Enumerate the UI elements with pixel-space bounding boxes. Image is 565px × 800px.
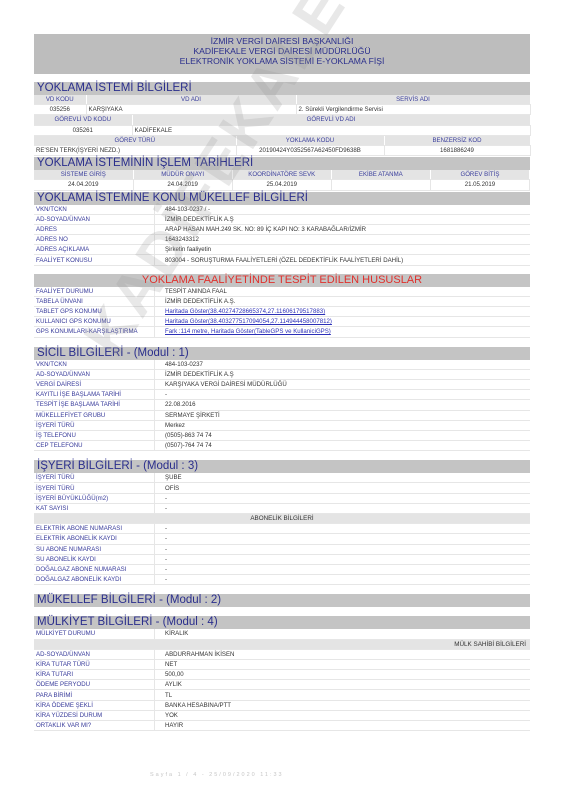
table-row: İŞYERİ TÜRÜMerkez xyxy=(34,420,530,430)
header-line-2: KADİFEKALE VERGİ DAİRESİ MÜDÜRLÜĞÜ xyxy=(34,46,530,56)
section-title-sicil: SİCİL BİLGİLERİ - (Modul : 1) xyxy=(34,347,530,360)
row-value: - xyxy=(155,554,531,564)
table-row: VKN/TCKN484-103-0237 / - xyxy=(34,205,530,215)
row-value: İZMİR DEDEKTİFLİK A.Ş xyxy=(155,214,531,224)
row-label: İŞYERİ TÜRÜ xyxy=(34,473,155,483)
row-value: Şirketin faaliyetin xyxy=(155,245,531,255)
page-footer: Sayfa 1 / 4 - 25/09/2020 11:33 xyxy=(150,772,284,778)
mulk-sahibi-title: MÜLK SAHİBİ BİLGİLERİ xyxy=(34,640,530,650)
map-link[interactable]: Fark :114 metre, Haritada Göster(TableGP… xyxy=(165,328,331,335)
row-label: ORTAKLIK VAR MI? xyxy=(34,721,155,731)
table-row: KİRA TUTARI500,00 xyxy=(34,670,530,680)
row-label: KİRA TUTARI xyxy=(34,670,155,680)
row-label: İŞ TELEFONU xyxy=(34,430,155,440)
table-row: MÜKELLEFİYET GRUBUSERMAYE ŞİRKETİ xyxy=(34,410,530,420)
row-value: - xyxy=(155,564,531,574)
mulkiyet-durum-table: MÜLKİYET DURUMU KİRALIK xyxy=(34,629,530,639)
row-label: ELEKTRİK ABONE NUMARASI xyxy=(34,524,155,534)
tespit-table: FAALİYET DURUMUTESPİT ANINDA FAALTABELA … xyxy=(34,287,530,338)
table-row: VKN/TCKN484-103-0237 xyxy=(34,360,530,370)
row-label: İŞYERİ BÜYÜKLÜĞÜ(m2) xyxy=(34,493,155,503)
date-value: 24.04.2019 xyxy=(133,180,232,190)
mulk-sahibi-subheader: MÜLK SAHİBİ BİLGİLERİ xyxy=(34,640,530,650)
table-row: SU ABONE NUMARASI- xyxy=(34,544,530,554)
row-value: 500,00 xyxy=(155,670,531,680)
row-label: DOĞALGAZ ABONE NUMARASI xyxy=(34,564,155,574)
row-value: ABDURRAHMAN İKİSEN xyxy=(155,650,531,660)
row-value: Merkez xyxy=(155,420,531,430)
row-label: İŞYERİ TÜRÜ xyxy=(34,420,155,430)
abonelik-table: ELEKTRİK ABONE NUMARASI-ELEKTRİK ABONELİ… xyxy=(34,524,530,585)
row-value: BANKA HESABINA/PTT xyxy=(155,700,531,710)
row-value: KİRALIK xyxy=(155,629,531,639)
table-row: TABLET GPS KONUMUHaritada Göster(38.4027… xyxy=(34,307,530,317)
row-label: GPS KONUMLARI-KARŞILAŞTIRMA xyxy=(34,327,155,337)
row-value: - xyxy=(155,493,531,503)
table-row: AD-SOYAD/ÜNVANABDURRAHMAN İKİSEN xyxy=(34,650,530,660)
vd-kodu: 035256 xyxy=(34,105,86,115)
row-value: - xyxy=(155,544,531,554)
table-row: ELEKTRİK ABONELİK KAYDI- xyxy=(34,534,530,544)
table-row: AD-SOYAD/ÜNVANİZMİR DEDEKTİFLİK A.Ş xyxy=(34,214,530,224)
document-header: İZMİR VERGİ DAİRESİ BAŞKANLIĞI KADİFEKAL… xyxy=(34,34,530,74)
row-value: NET xyxy=(155,659,531,669)
row-value: Fark :114 metre, Haritada Göster(TableGP… xyxy=(155,327,531,337)
table-row: AD-SOYAD/ÜNVANİZMİR DEDEKTİFLİK A.Ş xyxy=(34,369,530,379)
map-link[interactable]: Haritada Göster(38.403277517094054,27.11… xyxy=(165,318,332,325)
tarihler-table: SİSTEME GİRİŞMÜDÜR ONAYIKOORDİNATÖRE SEV… xyxy=(34,170,530,190)
col-gorev-turu: GÖREV TÜRÜ xyxy=(34,136,236,146)
document-page: İZMİR VERGİ DAİRESİ BAŞKANLIĞI KADİFEKAL… xyxy=(34,0,530,731)
row-value: İZMİR DEDEKTİFLİK A.Ş. xyxy=(155,296,531,306)
row-value: - xyxy=(155,390,531,400)
row-label: AD-SOYAD/ÜNVAN xyxy=(34,214,155,224)
row-value: 484-103-0237 / - xyxy=(155,205,531,215)
row-value: AYLIK xyxy=(155,680,531,690)
row-value: (0507)-764 74 74 xyxy=(155,441,531,451)
row-value: Haritada Göster(38.403277517094054,27.11… xyxy=(155,317,531,327)
table-row: CEP TELEFONU(0507)-764 74 74 xyxy=(34,441,530,451)
row-label: ADRES NO xyxy=(34,235,155,245)
date-value: 24.04.2019 xyxy=(34,180,133,190)
section-title-isyeri: İŞYERİ BİLGİLERİ - (Modul : 3) xyxy=(34,460,530,473)
col-header: EKİBE ATANMA xyxy=(331,170,430,180)
table-row: TABELA ÜNVANIİZMİR DEDEKTİFLİK A.Ş. xyxy=(34,296,530,306)
table-row: KAT SAYISI- xyxy=(34,503,530,513)
section-title-tespit: YOKLAMA FAALİYETİNDE TESPİT EDİLEN HUSUS… xyxy=(34,274,530,287)
table-row: KİRA ÖDEME ŞEKLİBANKA HESABINA/PTT xyxy=(34,700,530,710)
gorev-table: GÖREV TÜRÜ YOKLAMA KODU BENZERSİZ KOD RE… xyxy=(34,136,531,156)
row-value: OFİS xyxy=(155,483,531,493)
table-row: GPS KONUMLARI-KARŞILAŞTIRMAFark :114 met… xyxy=(34,327,530,337)
row-label: KAT SAYISI xyxy=(34,503,155,513)
table-row: KAYITLI İŞE BAŞLAMA TARİHİ- xyxy=(34,390,530,400)
date-value xyxy=(331,180,430,190)
gorevli-vd-adi: KADİFEKALE xyxy=(132,125,530,135)
col-header: GÖREV BİTİŞ xyxy=(430,170,529,180)
row-value: - xyxy=(155,575,531,585)
table-row: KİRA TUTAR TÜRÜNET xyxy=(34,659,530,669)
row-label: ADRES AÇIKLAMA xyxy=(34,245,155,255)
benzersiz-kod: 1681886249 xyxy=(384,145,530,155)
sicil-table: VKN/TCKN484-103-0237AD-SOYAD/ÜNVANİZMİR … xyxy=(34,360,530,452)
table-row: FAALİYET KONUSU803004 - SORUŞTURMA FAALİ… xyxy=(34,255,530,265)
table-row: MÜLKİYET DURUMU KİRALIK xyxy=(34,629,530,639)
date-value: 21.05.2019 xyxy=(430,180,529,190)
row-value: 803004 - SORUŞTURMA FAALİYETLERİ (ÖZEL D… xyxy=(155,255,531,265)
table-row: TESPİT İŞE BAŞLAMA TARİHİ22.08.2016 xyxy=(34,400,530,410)
row-value: - xyxy=(155,503,531,513)
section-title-mulkiyet: MÜLKİYET BİLGİLERİ - (Modul : 4) xyxy=(34,616,530,629)
row-label: KİRA ÖDEME ŞEKLİ xyxy=(34,700,155,710)
row-label: AD-SOYAD/ÜNVAN xyxy=(34,650,155,660)
row-label: ÖDEME PERYODU xyxy=(34,680,155,690)
table-row: İŞ TELEFONU(0505)-863 74 74 xyxy=(34,430,530,440)
row-label: KULLANICI GPS KONUMU xyxy=(34,317,155,327)
vd-adi: KARŞIYAKA xyxy=(86,105,296,115)
col-yoklama-kodu: YOKLAMA KODU xyxy=(236,136,384,146)
mulk-sahibi-table: AD-SOYAD/ÜNVANABDURRAHMAN İKİSENKİRA TUT… xyxy=(34,650,530,732)
table-row: ÖDEME PERYODUAYLIK xyxy=(34,680,530,690)
table-row: SU ABONELİK KAYDI- xyxy=(34,554,530,564)
row-value: YOK xyxy=(155,710,531,720)
istem-table: VD KODU VD ADI SERVİS ADI 035256 KARŞIYA… xyxy=(34,95,531,115)
date-value: 25.04.2019 xyxy=(232,180,331,190)
row-label: ELEKTRİK ABONELİK KAYDI xyxy=(34,534,155,544)
table-row: ELEKTRİK ABONE NUMARASI- xyxy=(34,524,530,534)
row-label: CEP TELEFONU xyxy=(34,441,155,451)
row-label: PARA BİRİMİ xyxy=(34,690,155,700)
header-line-1: İZMİR VERGİ DAİRESİ BAŞKANLIĞI xyxy=(34,36,530,46)
col-header: KOORDİNATÖRE SEVK xyxy=(232,170,331,180)
col-header: SİSTEME GİRİŞ xyxy=(34,170,133,180)
table-row: ORTAKLIK VAR MI?HAYIR xyxy=(34,721,530,731)
table-row: DOĞALGAZ ABONE NUMARASI- xyxy=(34,564,530,574)
table-row: ADRES AÇIKLAMAŞirketin faaliyetin xyxy=(34,245,530,255)
col-vd-kodu: VD KODU xyxy=(34,95,86,105)
col-benzersiz-kod: BENZERSİZ KOD xyxy=(384,136,530,146)
row-value: ŞUBE xyxy=(155,473,531,483)
row-value: 22.08.2016 xyxy=(155,400,531,410)
row-label: TABLET GPS KONUMU xyxy=(34,307,155,317)
gorevli-table: GÖREVLİ VD KODU GÖREVLİ VD ADI 035261 KA… xyxy=(34,115,531,135)
row-value: - xyxy=(155,534,531,544)
row-label: AD-SOYAD/ÜNVAN xyxy=(34,369,155,379)
row-value: TL xyxy=(155,690,531,700)
table-row: ADRES NO1643243312 xyxy=(34,235,530,245)
row-label: KİRA TUTAR TÜRÜ xyxy=(34,659,155,669)
row-label: VKN/TCKN xyxy=(34,360,155,370)
row-label: İŞYERİ TÜRÜ xyxy=(34,483,155,493)
isyeri-table: İŞYERİ TÜRÜŞUBEİŞYERİ TÜRÜOFİSİŞYERİ BÜY… xyxy=(34,473,530,514)
row-label: ADRES xyxy=(34,224,155,234)
row-label: KİRA YÜZDESİ DURUM xyxy=(34,710,155,720)
row-label: KAYITLI İŞE BAŞLAMA TARİHİ xyxy=(34,390,155,400)
row-value: HAYIR xyxy=(155,721,531,731)
row-label: VKN/TCKN xyxy=(34,205,155,215)
section-title-mukellef: YOKLAMA İSTEMİNE KONU MÜKELLEF BİLGİLERİ xyxy=(34,192,530,205)
table-row: İŞYERİ BÜYÜKLÜĞÜ(m2)- xyxy=(34,493,530,503)
section-title-istem: YOKLAMA İSTEMİ BİLGİLERİ xyxy=(34,82,530,95)
section-title-tarihler: YOKLAMA İSTEMİNİN İŞLEM TARİHLERİ xyxy=(34,157,530,170)
row-value: Haritada Göster(38.40274728665374,27.116… xyxy=(155,307,531,317)
abonelik-subheader: ABONELİK BİLGİLERİ xyxy=(34,514,530,524)
row-value: İZMİR DEDEKTİFLİK A.Ş xyxy=(155,369,531,379)
section-title-mukellef-modul2: MÜKELLEF BİLGİLERİ - (Modul : 2) xyxy=(34,594,530,607)
table-row: FAALİYET DURUMUTESPİT ANINDA FAAL xyxy=(34,287,530,297)
row-value: (0505)-863 74 74 xyxy=(155,430,531,440)
row-label: MÜLKİYET DURUMU xyxy=(34,629,155,639)
mukellef-table: VKN/TCKN484-103-0237 / -AD-SOYAD/ÜNVANİZ… xyxy=(34,205,530,266)
row-value: - xyxy=(155,524,531,534)
col-header: MÜDÜR ONAYI xyxy=(133,170,232,180)
col-vd-adi: VD ADI xyxy=(86,95,296,105)
table-row: ADRESARAP HASAN MAH.249 SK. NO: 89 İÇ KA… xyxy=(34,224,530,234)
row-value: TESPİT ANINDA FAAL xyxy=(155,287,531,297)
row-label: FAALİYET KONUSU xyxy=(34,255,155,265)
gorevli-vd-kodu: 035261 xyxy=(34,125,132,135)
row-label: DOĞALGAZ ABONELİK KAYDI xyxy=(34,575,155,585)
col-gorevli-vd-adi: GÖREVLİ VD ADI xyxy=(132,115,530,125)
row-value: 1643243312 xyxy=(155,235,531,245)
map-link[interactable]: Haritada Göster(38.40274728665374,27.116… xyxy=(165,308,325,315)
abonelik-title: ABONELİK BİLGİLERİ xyxy=(34,514,530,524)
row-label: SU ABONELİK KAYDI xyxy=(34,554,155,564)
table-row: İŞYERİ TÜRÜŞUBE xyxy=(34,473,530,483)
gorev-turu: RE'SEN TERK(İŞYERİ NEZD.) xyxy=(34,145,236,155)
row-value: SERMAYE ŞİRKETİ xyxy=(155,410,531,420)
row-label: MÜKELLEFİYET GRUBU xyxy=(34,410,155,420)
table-row: KİRA YÜZDESİ DURUMYOK xyxy=(34,710,530,720)
row-label: VERGİ DAİRESİ xyxy=(34,379,155,389)
row-label: TESPİT İŞE BAŞLAMA TARİHİ xyxy=(34,400,155,410)
table-row: KULLANICI GPS KONUMUHaritada Göster(38.4… xyxy=(34,317,530,327)
row-label: FAALİYET DURUMU xyxy=(34,287,155,297)
col-servis-adi: SERVİS ADI xyxy=(296,95,530,105)
table-row: VERGİ DAİRESİKARŞIYAKA VERGİ DAİRESİ MÜD… xyxy=(34,379,530,389)
row-label: SU ABONE NUMARASI xyxy=(34,544,155,554)
table-row: DOĞALGAZ ABONELİK KAYDI- xyxy=(34,575,530,585)
servis-adi: 2. Sürekli Vergilendirme Servisi xyxy=(296,105,530,115)
row-value: ARAP HASAN MAH.249 SK. NO: 89 İÇ KAPI NO… xyxy=(155,224,531,234)
header-line-3: ELEKTRONİK YOKLAMA SİSTEMİ E-YOKLAMA FİŞ… xyxy=(34,56,530,66)
table-row: İŞYERİ TÜRÜOFİS xyxy=(34,483,530,493)
row-value: 484-103-0237 xyxy=(155,360,531,370)
yoklama-kodu: 20190424Y0352567A62450FD9638B xyxy=(236,145,384,155)
col-gorevli-vd-kodu: GÖREVLİ VD KODU xyxy=(34,115,132,125)
table-row: PARA BİRİMİTL xyxy=(34,690,530,700)
row-value: KARŞIYAKA VERGİ DAİRESİ MÜDÜRLÜĞÜ xyxy=(155,379,531,389)
row-label: TABELA ÜNVANI xyxy=(34,296,155,306)
